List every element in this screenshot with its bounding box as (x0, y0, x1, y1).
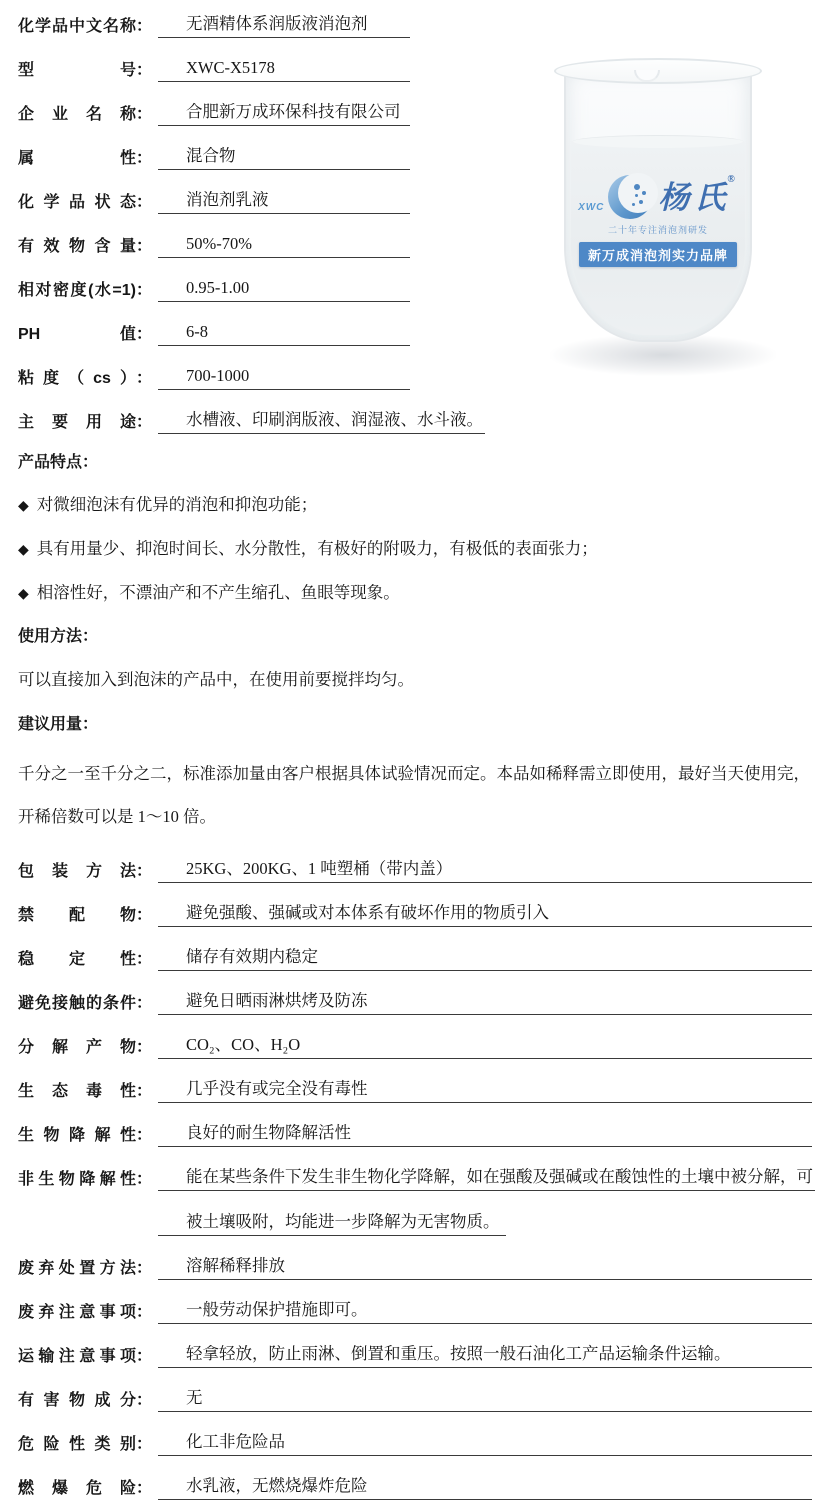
field-label-text: 危险性类别 (18, 1431, 136, 1454)
field-row: 有害物成分： 无 (18, 1368, 812, 1412)
field-label-text: 属性 (18, 145, 136, 168)
field-row: 燃爆危险： 水乳液，无燃烧爆炸危险 (18, 1456, 812, 1500)
label-colon: ： (136, 1387, 152, 1410)
field-row: 分解产物： CO₂、CO、H₂O (18, 1015, 812, 1059)
bubble-dot-icon (639, 200, 643, 204)
diamond-bullet-icon: ◆ (18, 542, 29, 559)
field-value: 一般劳动保护措施即可。 (158, 1296, 812, 1324)
field-value: 良好的耐生物降解活性 (158, 1119, 812, 1147)
field-label: 生物降解性： (18, 1122, 158, 1147)
field-value: 合肥新万成环保科技有限公司 (158, 98, 410, 126)
field-label: 燃爆危险： (18, 1475, 158, 1500)
features-heading: 产品特点： (18, 434, 812, 478)
label-colon: ： (136, 1122, 152, 1145)
field-row: 型号： XWC-X5178 (18, 38, 410, 82)
registered-mark-icon: ® (727, 174, 734, 185)
field-value: 6-8 (158, 322, 410, 346)
field-label-text: 有害物成分 (18, 1387, 136, 1410)
field-value: 储存有效期内稳定 (158, 943, 812, 971)
brand-name-text: 杨氏 (658, 180, 730, 215)
bubble-dot-icon (642, 191, 646, 195)
field-row: PH值： 6-8 (18, 302, 410, 346)
field-label-text: 化学品状态 (18, 189, 136, 212)
diamond-bullet-icon: ◆ (18, 498, 29, 515)
field-row: 禁配物： 避免强酸、强碱或对本体系有破坏作用的物质引入 (18, 883, 812, 927)
field-label: 主要用途： (18, 409, 158, 434)
label-colon: ： (136, 858, 152, 881)
field-value-line2-text: 被土壤吸附，均能进一步降解为无害物质。 (158, 1208, 506, 1236)
field-label: 危险性类别： (18, 1431, 158, 1456)
label-colon: ： (136, 57, 152, 80)
label-colon: ： (136, 902, 152, 925)
field-label: 运输注意事项： (18, 1343, 158, 1368)
field-label-text: 化学品中文名称 (18, 13, 136, 36)
field-label: 废弃处置方法： (18, 1255, 158, 1280)
label-colon: ： (136, 1431, 152, 1454)
field-row: 相对密度(水=1)： 0.95-1.00 (18, 258, 410, 302)
field-label: 避免接触的条件： (18, 990, 158, 1015)
feature-text: 对微细泡沫有优异的消泡和抑泡功能； (37, 491, 318, 515)
field-label: 型号： (18, 57, 158, 82)
field-label: 有害物成分： (18, 1387, 158, 1412)
field-label: PH值： (18, 321, 158, 346)
brand-logo-row: XWC 杨氏® (566, 174, 750, 220)
brand-logo: XWC 杨氏® 二十年专注消泡剂研发 新万成消泡剂实力品牌 (566, 174, 750, 267)
brand-tagline: 二十年专注消泡剂研发 (566, 223, 750, 236)
field-value: 溶解稀释排放 (158, 1252, 812, 1280)
label-colon: ： (136, 233, 152, 256)
field-row: 属性： 混合物 (18, 126, 410, 170)
label-colon: ： (136, 189, 152, 212)
field-row: 废弃处置方法： 溶解稀释排放 (18, 1236, 812, 1280)
field-label-text: 分解产物 (18, 1034, 136, 1057)
field-row: 化学品中文名称： 无酒精体系润版液消泡剂 (18, 0, 410, 38)
field-row: 危险性类别： 化工非危险品 (18, 1412, 812, 1456)
usage-paragraph: 可以直接加入到泡沫的产品中，在使用前要搅拌均匀。 (18, 652, 812, 696)
label-colon: ： (136, 1255, 152, 1278)
feature-text: 相溶性好，不漂油产和不产生缩孔、鱼眼等现象。 (37, 579, 400, 603)
label-colon: ： (136, 1166, 152, 1189)
diamond-bullet-icon: ◆ (18, 586, 29, 603)
field-row: 粘度（cs）： 700-1000 (18, 346, 410, 390)
dosage-paragraph: 千分之一至千分之二，标准添加量由客户根据具体试验情况而定。本品如稀释需立即使用，… (18, 740, 812, 839)
field-label-text: 型号 (18, 57, 136, 80)
field-label-text: 避免接触的条件 (18, 990, 136, 1013)
label-colon: ： (136, 13, 152, 36)
field-row: 主要用途： 水槽液、印刷润版液、润湿液、水斗液。 (18, 390, 482, 434)
field-label-text: PH值 (18, 321, 136, 344)
field-label: 粘度（cs）： (18, 365, 158, 390)
field-label-text: 主要用途 (18, 409, 136, 432)
beaker-icon: XWC 杨氏® 二十年专注消泡剂研发 新万成消泡剂实力品牌 (564, 70, 752, 342)
field-row-multiline: 非生物降解性： 能在某些条件下发生非生物化学降解，如在强酸及强碱或在酸蚀性的土壤… (18, 1147, 812, 1236)
field-label: 废弃注意事项： (18, 1299, 158, 1324)
feature-bullet: ◆ 相溶性好，不漂油产和不产生缩孔、鱼眼等现象。 (18, 565, 812, 609)
usage-heading: 使用方法： (18, 609, 812, 653)
document-page: 化学品中文名称： 无酒精体系润版液消泡剂 型号： XWC-X5178 企业名称：… (0, 0, 830, 1500)
safety-info-fields: 包装方法： 25KG、200KG、1 吨塑桶（带内盖） 禁配物： 避免强酸、强碱… (18, 839, 812, 1500)
field-label: 非生物降解性： (18, 1147, 158, 1191)
label-colon: ： (136, 321, 152, 344)
field-label: 企业名称： (18, 101, 158, 126)
chemical-info-fields: 化学品中文名称： 无酒精体系润版液消泡剂 型号： XWC-X5178 企业名称：… (18, 0, 410, 434)
field-label-text: 生态毒性 (18, 1078, 136, 1101)
label-colon: ： (136, 1034, 152, 1057)
field-label-text: 稳定性 (18, 946, 136, 969)
field-row: 稳定性： 储存有效期内稳定 (18, 927, 812, 971)
field-value: CO₂、CO、H₂O (158, 1031, 812, 1059)
field-label-text: 燃爆危险 (18, 1475, 136, 1498)
field-label-text: 运输注意事项 (18, 1343, 136, 1366)
field-label-text: 企业名称 (18, 101, 136, 124)
field-label-text: 有效物含量 (18, 233, 136, 256)
field-value: 50%-70% (158, 234, 410, 258)
field-value: 0.95-1.00 (158, 278, 410, 302)
field-label: 有效物含量： (18, 233, 158, 258)
field-value: 几乎没有或完全没有毒性 (158, 1075, 812, 1103)
field-row: 化学品状态： 消泡剂乳液 (18, 170, 410, 214)
dosage-heading: 建议用量： (18, 696, 812, 740)
label-colon: ： (136, 277, 152, 300)
field-label: 相对密度(水=1)： (18, 277, 158, 302)
field-value: 避免日晒雨淋烘烤及防冻 (158, 987, 812, 1015)
field-value: 无酒精体系润版液消泡剂 (158, 10, 410, 38)
label-colon: ： (136, 1078, 152, 1101)
field-value: 水槽液、印刷润版液、润湿液、水斗液。 (158, 406, 485, 434)
field-label-text: 包装方法 (18, 858, 136, 881)
field-label-text: 废弃注意事项 (18, 1299, 136, 1322)
label-colon: ： (136, 1343, 152, 1366)
field-label: 化学品状态： (18, 189, 158, 214)
field-label-text: 废弃处置方法 (18, 1255, 136, 1278)
field-row: 废弃注意事项： 一般劳动保护措施即可。 (18, 1280, 812, 1324)
bubble-dot-icon (635, 194, 638, 197)
feature-bullet: ◆ 对微细泡沫有优异的消泡和抑泡功能； (18, 478, 812, 522)
product-photo: XWC 杨氏® 二十年专注消泡剂研发 新万成消泡剂实力品牌 (522, 52, 822, 402)
description-sections: 产品特点： ◆ 对微细泡沫有优异的消泡和抑泡功能； ◆ 具有用量少、抑泡时间长、… (18, 434, 812, 839)
field-value: 化工非危险品 (158, 1428, 812, 1456)
field-value: 25KG、200KG、1 吨塑桶（带内盖） (158, 855, 812, 883)
field-label: 生态毒性： (18, 1078, 158, 1103)
crescent-bubbles-icon (608, 174, 654, 220)
feature-text: 具有用量少、抑泡时间长、水分散性，有极好的附吸力，有极低的表面张力； (37, 535, 598, 559)
field-label-text: 非生物降解性 (18, 1166, 136, 1189)
field-value: 无 (158, 1384, 812, 1412)
field-label: 禁配物： (18, 902, 158, 927)
bubble-dot-icon (634, 184, 640, 190)
brand-banner: 新万成消泡剂实力品牌 (579, 242, 737, 267)
field-row: 有效物含量： 50%-70% (18, 214, 410, 258)
field-row: 企业名称： 合肥新万成环保科技有限公司 (18, 82, 410, 126)
field-label: 分解产物： (18, 1034, 158, 1059)
field-label: 属性： (18, 145, 158, 170)
field-row: 包装方法： 25KG、200KG、1 吨塑桶（带内盖） (18, 839, 812, 883)
field-value: 混合物 (158, 142, 410, 170)
bubble-dot-icon (632, 203, 635, 206)
label-colon: ： (136, 946, 152, 969)
field-label-text: 粘度（cs） (18, 365, 136, 388)
field-label-text: 相对密度(水=1) (18, 277, 136, 300)
field-label: 稳定性： (18, 946, 158, 971)
label-colon: ： (136, 145, 152, 168)
field-row: 运输注意事项： 轻拿轻放，防止雨淋、倒置和重压。按照一般石油化工产品运输条件运输… (18, 1324, 812, 1368)
field-value: 避免强酸、强碱或对本体系有破坏作用的物质引入 (158, 899, 812, 927)
field-value-line2: 被土壤吸附，均能进一步降解为无害物质。 (158, 1191, 815, 1236)
brand-name: 杨氏® (658, 182, 737, 213)
field-value-column: 能在某些条件下发生非生物化学降解，如在强酸及强碱或在酸蚀性的土壤中被分解，可 被… (158, 1147, 815, 1236)
field-label: 化学品中文名称： (18, 13, 158, 38)
field-label-text: 禁配物 (18, 902, 136, 925)
field-value: 水乳液，无燃烧爆炸危险 (158, 1472, 812, 1500)
label-colon: ： (136, 990, 152, 1013)
logo-xwc-text: XWC (578, 202, 604, 213)
field-row: 生态毒性： 几乎没有或完全没有毒性 (18, 1059, 812, 1103)
label-colon: ： (136, 409, 152, 432)
field-value: XWC-X5178 (158, 58, 410, 82)
field-value: 700-1000 (158, 366, 410, 390)
field-value: 轻拿轻放，防止雨淋、倒置和重压。按照一般石油化工产品运输条件运输。 (158, 1340, 812, 1368)
field-label-text: 生物降解性 (18, 1122, 136, 1145)
field-row: 避免接触的条件： 避免日晒雨淋烘烤及防冻 (18, 971, 812, 1015)
field-value: 消泡剂乳液 (158, 186, 410, 214)
field-value-line1: 能在某些条件下发生非生物化学降解，如在强酸及强碱或在酸蚀性的土壤中被分解，可 (158, 1147, 815, 1191)
feature-bullet: ◆ 具有用量少、抑泡时间长、水分散性，有极好的附吸力，有极低的表面张力； (18, 521, 812, 565)
label-colon: ： (136, 365, 152, 388)
field-label: 包装方法： (18, 858, 158, 883)
label-colon: ： (136, 1299, 152, 1322)
field-row: 生物降解性： 良好的耐生物降解活性 (18, 1103, 812, 1147)
label-colon: ： (136, 101, 152, 124)
label-colon: ： (136, 1475, 152, 1498)
